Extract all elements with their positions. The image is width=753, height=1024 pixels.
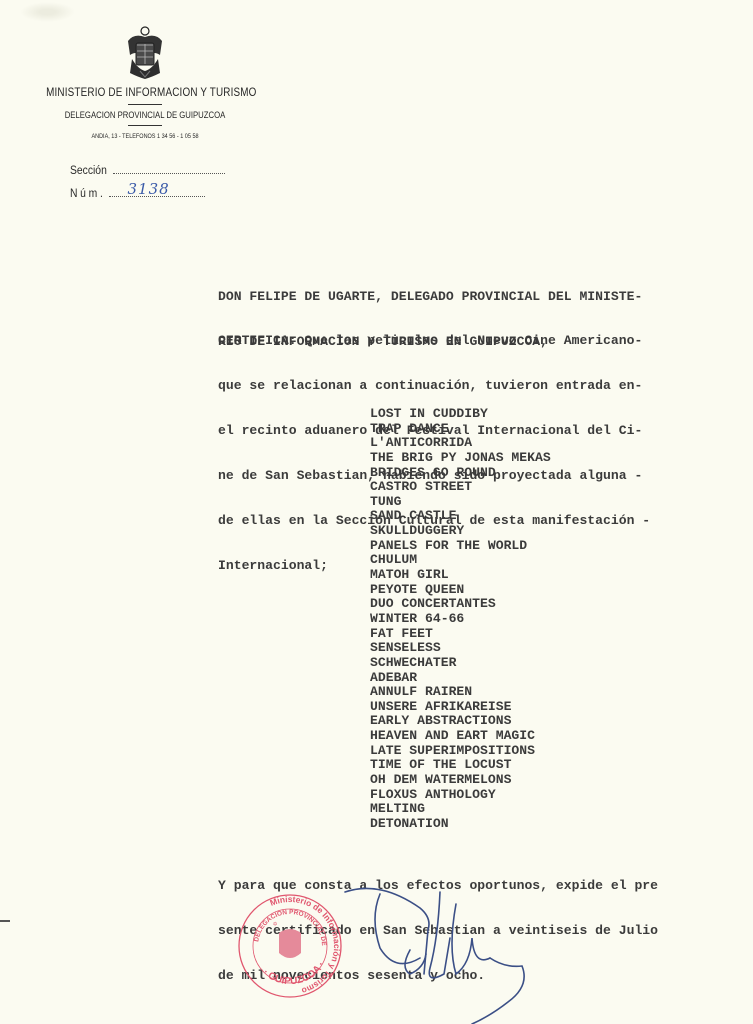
spanish-coat-of-arms-icon — [124, 25, 166, 81]
seccion-label: Sección — [70, 165, 107, 177]
ministry-name: MINISTERIO DE INFORMACION Y TURISMO — [46, 87, 244, 99]
certificate-page: MINISTERIO DE INFORMACION Y TURISMO DELE… — [0, 0, 753, 1024]
film-title: DUO CONCERTANTES — [370, 597, 551, 612]
film-title: WINTER 64-66 — [370, 612, 551, 627]
film-title: THE BRIG PY JONAS MEKAS — [370, 451, 551, 466]
film-title: ANNULF RAIREN — [370, 685, 551, 700]
stamp-crest-icon — [279, 929, 301, 958]
film-title: TRAP DANCE — [370, 422, 551, 437]
film-title: LATE SUPERIMPOSITIONS — [370, 744, 551, 759]
num-field: Núm. 3138 — [70, 186, 225, 209]
film-title: SENSELESS — [370, 641, 551, 656]
film-title: SAND CASTLE — [370, 509, 551, 524]
film-title: LOST IN CUDDIBY — [370, 407, 551, 422]
fold-mark — [0, 920, 10, 922]
film-title: DETONATION — [370, 817, 551, 832]
letterhead-rule — [128, 104, 162, 105]
film-title: EARLY ABSTRACTIONS — [370, 714, 551, 729]
film-title: L'ANTICORRIDA — [370, 436, 551, 451]
film-title: UNSERE AFRIKAREISE — [370, 700, 551, 715]
official-stamp: Ministerio de Información y Turismo DELE… — [237, 893, 343, 999]
film-title: OH DEM WATERMELONS — [370, 773, 551, 788]
body-line: que se relacionan a continuación, tuvier… — [218, 378, 650, 393]
film-title: MATOH GIRL — [370, 568, 551, 583]
film-title: CHULUM — [370, 553, 551, 568]
heading-line: DON FELIPE DE UGARTE, DELEGADO PROVINCIA… — [218, 289, 642, 304]
reference-fields: Sección Núm. 3138 — [70, 163, 225, 209]
num-line: 3138 — [109, 186, 205, 197]
film-list: LOST IN CUDDIBYTRAP DANCEL'ANTICORRIDATH… — [370, 407, 551, 832]
film-title: FAT FEET — [370, 627, 551, 642]
paper-smudge — [20, 2, 75, 22]
film-title: SKULLDUGGERY — [370, 524, 551, 539]
delegation-name: DELEGACION PROVINCIAL DE GUIPUZCOA — [46, 110, 244, 120]
letterhead-rule — [128, 125, 162, 126]
film-title: ADEBAR — [370, 671, 551, 686]
body-line: CERTIFICA: Que las peliculas del Nuevo C… — [218, 333, 650, 348]
film-title: BRIDGES GO ROUND — [370, 466, 551, 481]
num-value: 3138 — [127, 180, 169, 198]
stamp-star-icon: ✡ — [273, 921, 277, 929]
film-title: FLOXUS ANTHOLOGY — [370, 788, 551, 803]
signature — [340, 878, 550, 1024]
seccion-line — [113, 163, 225, 174]
film-title: HEAVEN AND EART MAGIC — [370, 729, 551, 744]
film-title: CASTRO STREET — [370, 480, 551, 495]
film-title: PANELS FOR THE WORLD — [370, 539, 551, 554]
letterhead-address: ANDIA, 13 - TELEFONOS 1 34 56 - 1 05 58 — [46, 133, 244, 140]
film-title: TIME OF THE LOCUST — [370, 758, 551, 773]
film-title: MELTING — [370, 802, 551, 817]
film-title: TUNG — [370, 495, 551, 510]
letterhead: MINISTERIO DE INFORMACION Y TURISMO DELE… — [30, 25, 260, 140]
num-label: Núm. — [70, 188, 106, 200]
film-title: SCHWECHATER — [370, 656, 551, 671]
film-title: PEYOTE QUEEN — [370, 583, 551, 598]
